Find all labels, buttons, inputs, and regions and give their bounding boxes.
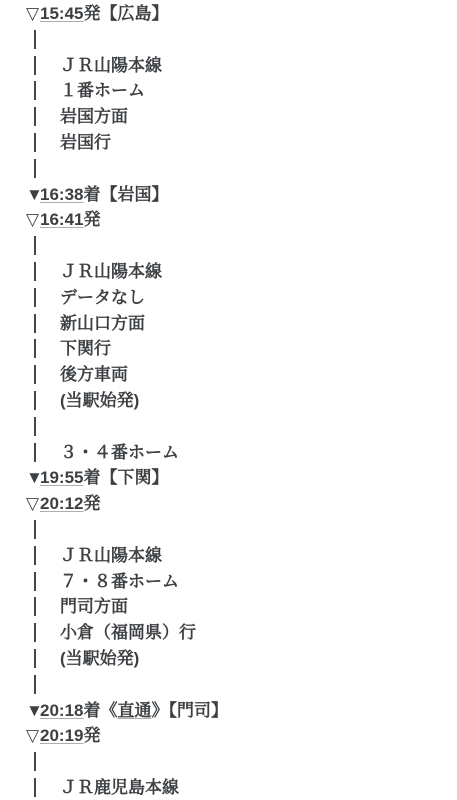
arrival-marker-icon: ▼ [26, 182, 40, 208]
segment-detail-text: 後方車両 [60, 365, 128, 384]
route-detail-line: データなし [26, 285, 457, 311]
route-detail-line: (当駅始発) [26, 646, 457, 672]
segment-detail-text: 下関行 [60, 339, 111, 358]
route-bar-icon [26, 53, 43, 79]
route-event-line: ▼16:38着【岩国】 [26, 182, 457, 208]
route-bar-line [26, 27, 43, 53]
time-link[interactable]: 20:12 [40, 494, 83, 513]
arrival-marker-icon: ▼ [26, 465, 40, 491]
time-link[interactable]: 19:55 [40, 468, 83, 487]
route-detail-line: ＪＲ鹿児島本線 [26, 775, 457, 800]
route-detail-line: ３・４番ホーム [26, 440, 457, 466]
route-bar-icon [26, 233, 43, 259]
route-bar-line [26, 672, 43, 698]
departure-marker-icon: ▽ [26, 207, 40, 233]
route-bar-icon [26, 620, 43, 646]
route-bar-icon [26, 311, 43, 337]
route-bar-icon [26, 285, 43, 311]
route-detail-line: １番ホーム [26, 78, 457, 104]
route-bar-icon [26, 130, 43, 156]
route-bar-line [26, 749, 43, 775]
segment-detail-text: ＪＲ山陽本線 [60, 262, 162, 281]
segment-detail-text: 門司方面 [60, 597, 128, 616]
route-detail-line: 門司方面 [26, 594, 457, 620]
route-bar-icon [26, 104, 43, 130]
route-bar-icon [26, 388, 43, 414]
route-bar-icon [26, 27, 43, 53]
route-event-line: ▽15:45発【広島】 [26, 1, 457, 27]
segment-detail-text: ＪＲ山陽本線 [60, 546, 162, 565]
route-bar-icon [26, 775, 43, 800]
route-detail-line: ＪＲ山陽本線 [26, 259, 457, 285]
event-text: 着【岩国】 [83, 185, 168, 204]
event-text: 発 [83, 726, 100, 745]
route-event-line: ▽16:41発 [26, 207, 457, 233]
segment-detail-text: 岩国行 [60, 133, 111, 152]
route-bar-icon [26, 672, 43, 698]
departure-marker-icon: ▽ [26, 1, 40, 27]
route-detail-line: 岩国行 [26, 130, 457, 156]
segment-detail-text: データなし [60, 288, 145, 307]
route-bar-line [26, 517, 43, 543]
route-bar-icon [26, 543, 43, 569]
time-link[interactable]: 16:38 [40, 185, 83, 204]
route-bar-line [26, 414, 43, 440]
route-detail-line: ７・８番ホーム [26, 569, 457, 595]
route-bar-line [26, 156, 43, 182]
route-event-line: ▽20:19発 [26, 723, 457, 749]
route-bar-icon [26, 749, 43, 775]
route-bar-icon [26, 336, 43, 362]
route-bar-icon [26, 414, 43, 440]
route-itinerary: ▽15:45発【広島】ＪＲ山陽本線１番ホーム岩国方面岩国行▼16:38着【岩国】… [0, 0, 457, 800]
route-detail-line: ＪＲ山陽本線 [26, 543, 457, 569]
segment-detail-text: 新山口方面 [60, 314, 145, 333]
route-bar-icon [26, 156, 43, 182]
arrival-marker-icon: ▼ [26, 698, 40, 724]
route-bar-icon [26, 440, 43, 466]
time-link[interactable]: 20:19 [40, 726, 83, 745]
segment-detail-text: ＪＲ山陽本線 [60, 56, 162, 75]
segment-detail-text: ３・４番ホーム [60, 443, 179, 462]
route-bar-icon [26, 646, 43, 672]
route-bar-icon [26, 259, 43, 285]
departure-marker-icon: ▽ [26, 723, 40, 749]
segment-detail-text: 小倉（福岡県）行 [60, 623, 196, 642]
event-text: 発 [83, 210, 100, 229]
route-event-line: ▽20:12発 [26, 491, 457, 517]
event-text: 発 [83, 494, 100, 513]
event-text: 着《 [83, 701, 117, 720]
route-detail-line: ＪＲ山陽本線 [26, 53, 457, 79]
route-detail-line: 小倉（福岡県）行 [26, 620, 457, 646]
route-detail-line: 後方車両 [26, 362, 457, 388]
segment-detail-text: (当駅始発) [60, 649, 139, 668]
segment-detail-text: １番ホーム [60, 81, 145, 100]
route-bar-icon [26, 594, 43, 620]
route-detail-line: 下関行 [26, 336, 457, 362]
route-bar-icon [26, 569, 43, 595]
route-event-line: ▼20:18着《直通》【門司】 [26, 698, 457, 724]
time-link[interactable]: 15:45 [40, 4, 83, 23]
segment-detail-text: ＪＲ鹿児島本線 [60, 778, 179, 797]
segment-detail-text: (当駅始発) [60, 391, 139, 410]
route-detail-line: (当駅始発) [26, 388, 457, 414]
route-bar-line [26, 233, 43, 259]
route-detail-line: 岩国方面 [26, 104, 457, 130]
event-text: 着【下関】 [83, 468, 168, 487]
event-text: 発【広島】 [83, 4, 168, 23]
time-link[interactable]: 20:18 [40, 701, 83, 720]
route-detail-line: 新山口方面 [26, 311, 457, 337]
route-bar-icon [26, 78, 43, 104]
segment-detail-text: 岩国方面 [60, 107, 128, 126]
route-event-line: ▼19:55着【下関】 [26, 465, 457, 491]
event-text: 》【門司】 [151, 701, 228, 720]
segment-detail-text: ７・８番ホーム [60, 572, 179, 591]
departure-marker-icon: ▽ [26, 491, 40, 517]
route-bar-icon [26, 517, 43, 543]
direct-through-link[interactable]: 直通 [117, 701, 151, 720]
route-bar-icon [26, 362, 43, 388]
time-link[interactable]: 16:41 [40, 210, 83, 229]
